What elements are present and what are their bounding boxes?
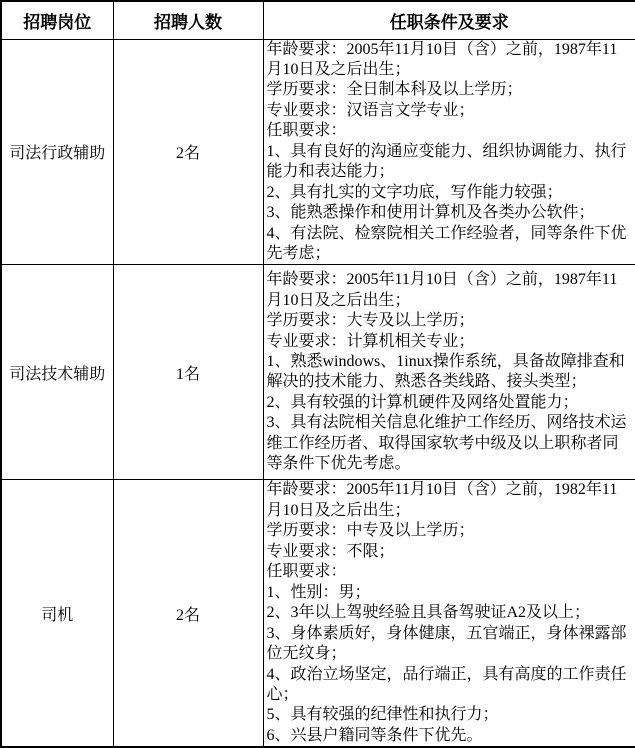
requirement-line: 学历要求：大专及以上学历； — [267, 311, 634, 331]
requirement-line: 3、身体素质好，身体健康，五官端正，身体裸露部位无纹身； — [267, 624, 634, 665]
table-header-row: 招聘岗位 招聘人数 任职条件及要求 — [1, 1, 635, 39]
requirement-line: 4、有法院、检察院相关工作经验者，同等条件下优先考虑； — [267, 224, 634, 265]
table-row: 司法技术辅助 1名 年龄要求：2005年11月10日（含）之前，1987年11月… — [1, 265, 635, 480]
requirement-line: 6、兴县户籍同等条件下优先。 — [267, 726, 634, 746]
count-cell: 1名 — [113, 265, 263, 480]
header-cell-requirements: 任职条件及要求 — [263, 1, 635, 39]
requirement-line: 任职要求： — [267, 121, 634, 141]
requirement-line: 2、3年以上驾驶经验且具备驾驶证A2及以上； — [267, 603, 634, 623]
requirement-line: 3、具有法院相关信息化维护工作经历、网络技术运维工作经历者、取得国家软考中级及以… — [267, 413, 634, 474]
header-cell-position: 招聘岗位 — [1, 1, 113, 39]
table-row: 司法行政辅助 2名 年龄要求：2005年11月10日（含）之前，1987年11月… — [1, 39, 635, 265]
requirement-line: 4、政治立场坚定，品行端正，具有高度的工作责任心； — [267, 665, 634, 706]
requirement-line: 1、熟悉windows、1inux操作系统，具备故障排查和解决的技术能力、熟悉各… — [267, 352, 634, 393]
requirement-line: 年龄要求：2005年11月10日（含）之前，1987年11月10日及之后出生； — [267, 40, 634, 81]
position-cell: 司机 — [1, 480, 113, 747]
requirement-line: 学历要求：中专及以上学历； — [267, 521, 634, 541]
count-cell: 2名 — [113, 480, 263, 747]
position-cell: 司法行政辅助 — [1, 39, 113, 265]
requirement-line: 专业要求：不限； — [267, 542, 634, 562]
recruitment-table: 招聘岗位 招聘人数 任职条件及要求 司法行政辅助 2名 年龄要求：2005年11… — [0, 0, 635, 748]
requirement-line: 3、能熟悉操作和使用计算机及各类办公软件； — [267, 203, 634, 223]
requirement-line: 1、具有良好的沟通应变能力、组织协调能力、执行能力和表达能力； — [267, 142, 634, 183]
count-cell: 2名 — [113, 39, 263, 265]
requirement-line: 1、性别：男； — [267, 583, 634, 603]
requirement-line: 任职要求： — [267, 562, 634, 582]
requirement-line: 2、具有扎实的文字功底，写作能力较强； — [267, 183, 634, 203]
requirement-line: 年龄要求：2005年11月10日（含）之前，1987年11月10日及之后出生； — [267, 270, 634, 311]
requirements-cell: 年龄要求：2005年11月10日（含）之前，1982年11月10日及之后出生；学… — [263, 480, 635, 747]
requirements-cell: 年龄要求：2005年11月10日（含）之前，1987年11月10日及之后出生；学… — [263, 265, 635, 480]
requirement-line: 年龄要求：2005年11月10日（含）之前，1982年11月10日及之后出生； — [267, 480, 634, 521]
requirement-line: 2、具有较强的计算机硬件及网络处置能力； — [267, 393, 634, 413]
header-cell-count: 招聘人数 — [113, 1, 263, 39]
requirement-line: 专业要求：计算机相关专业； — [267, 332, 634, 352]
position-cell: 司法技术辅助 — [1, 265, 113, 480]
table-row: 司机 2名 年龄要求：2005年11月10日（含）之前，1982年11月10日及… — [1, 480, 635, 747]
requirement-line: 学历要求：全日制本科及以上学历； — [267, 80, 634, 100]
requirements-cell: 年龄要求：2005年11月10日（含）之前，1987年11月10日及之后出生；学… — [263, 39, 635, 265]
recruitment-notice-page: 招聘岗位 招聘人数 任职条件及要求 司法行政辅助 2名 年龄要求：2005年11… — [0, 0, 635, 748]
requirement-line: 5、具有较强的纪律性和执行力； — [267, 705, 634, 725]
requirement-line: 专业要求：汉语言文学专业； — [267, 101, 634, 121]
